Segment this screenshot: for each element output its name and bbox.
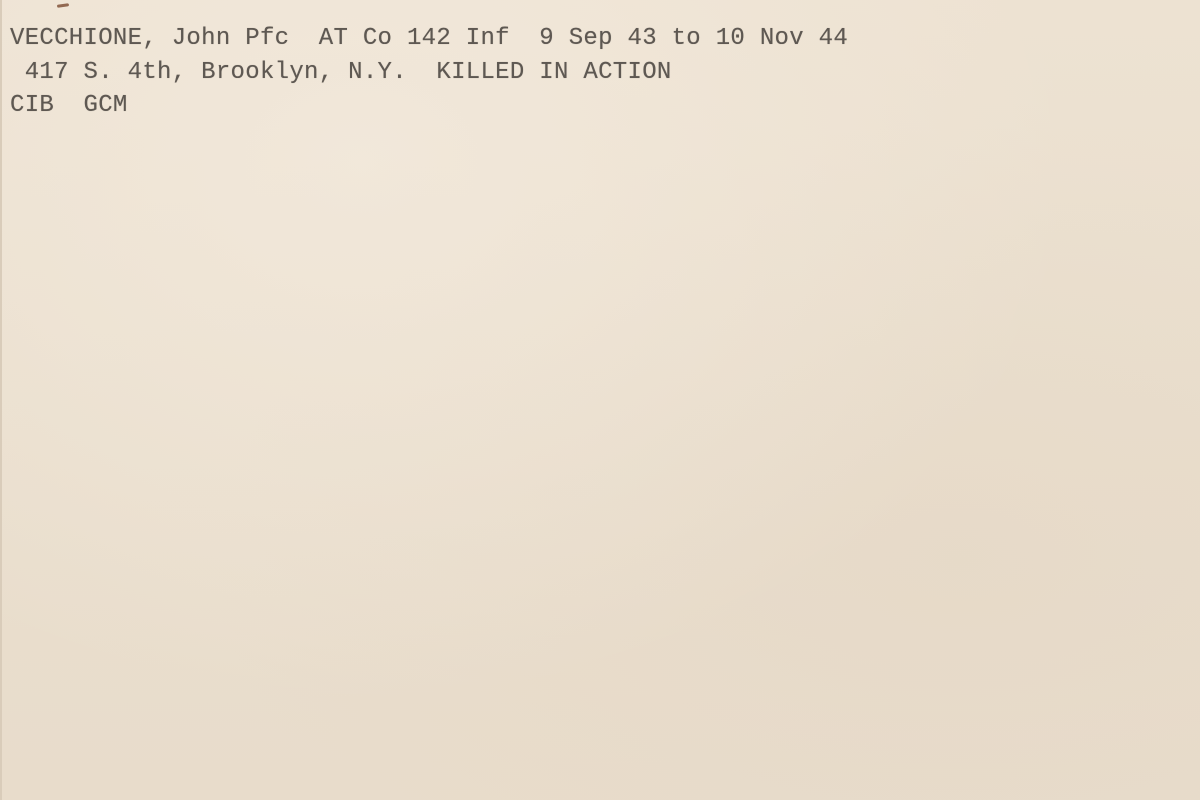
index-card: VECCHIONE, John Pfc AT Co 142 Inf 9 Sep … — [0, 0, 1200, 800]
awards-line: CIB GCM — [10, 94, 128, 118]
name-unit-service-line: VECCHIONE, John Pfc AT Co 142 Inf 9 Sep … — [10, 27, 848, 51]
ink-mark — [57, 3, 69, 8]
address-status-line: 417 S. 4th, Brooklyn, N.Y. KILLED IN ACT… — [10, 61, 672, 85]
